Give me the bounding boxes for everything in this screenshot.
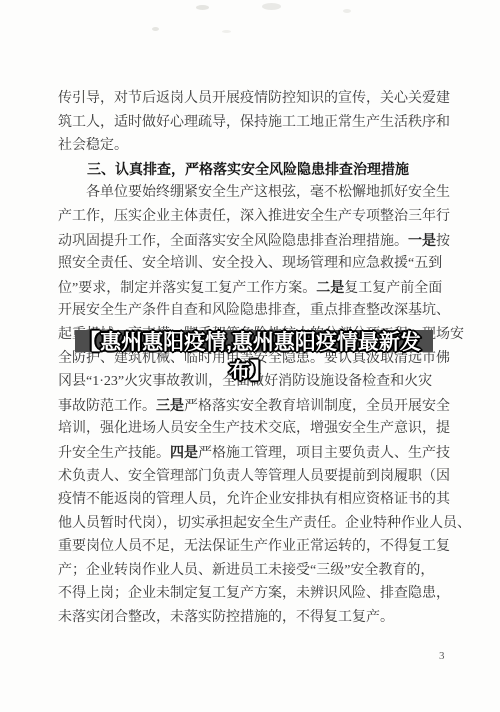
watermark-title: 【惠州惠阳疫情,惠州惠阳疫情最新发布】 xyxy=(70,328,430,386)
text-line: 疫情不能返岗的管理人员，允许企业安排执有相应资格证书的其 xyxy=(58,488,458,512)
document-page: 传引导，对节后返岗人员开展疫情防控知识的宣传，关心关爱建筑工人，适时做好心理疏导… xyxy=(0,0,500,712)
text-line: 升安全生产技能。四是严格施工管理，项目主要负责人、生产技 xyxy=(58,441,458,465)
text-line: 社会稳定。 xyxy=(58,134,458,158)
text-line: 重要岗位人员不足，无法保证生产作业正常运转的，不得复工复 xyxy=(58,535,458,559)
text-line: 产工作，压实企业主体责任，深入推进安全生产专项整治三年行 xyxy=(58,205,458,229)
text-run: 事故防范工作。 xyxy=(58,399,156,414)
text-line: 他人员暂时代岗），切实承担起安全生产责任。企业特种作业人员、 xyxy=(58,512,458,536)
text-line: 事故防范工作。三是严格落实安全教育培训制度，全员开展安全 xyxy=(58,394,458,418)
text-line: 培训，强化进场人员安全生产技术交底，增强安全生产意识，提 xyxy=(58,417,458,441)
scan-artifact xyxy=(343,9,351,13)
text-run: 升安全生产技能。 xyxy=(58,446,170,461)
bold-run: 一是 xyxy=(408,232,436,248)
page-number: 3 xyxy=(439,650,445,662)
text-line: 开展安全生产条件自查和风险隐患排查，重点排查整改深基坑、 xyxy=(58,299,458,323)
text-run: 复工复产前全面 xyxy=(344,281,442,296)
text-line: 照安全责任、安全培训、安全投入、现场管理和应急救援“五到 xyxy=(58,252,458,276)
text-line: 传引导，对节后返岗人员开展疫情防控知识的宣传，关心关爱建 xyxy=(58,87,458,111)
bold-run: 三是 xyxy=(156,397,184,413)
text-line: 各单位要始终绷紧安全生产这根弦，毫不松懈地抓好安全生 xyxy=(58,181,458,205)
text-line: 动巩固提升工作，全面落实安全风险隐患排查治理措施。一是按 xyxy=(58,229,458,253)
bold-run: 二是 xyxy=(316,279,344,295)
text-line: 未落实闭合整改，未落实防控措施的，不得复工复产。 xyxy=(58,606,458,630)
scan-artifact xyxy=(262,3,281,10)
bold-run: 四是 xyxy=(170,444,198,460)
text-line: 术负责人、安全管理部门负责人等管理人员要提前到岗履职（因 xyxy=(58,465,458,489)
text-run: 严格落实安全教育培训制度，全员开展安全 xyxy=(184,399,450,414)
scan-artifact xyxy=(196,5,209,10)
scan-artifact xyxy=(222,30,231,33)
section-heading: 三、认真排查，严格落实安全风险隐患排查治理措施 xyxy=(58,158,458,182)
text-run: 位”要求，制定并落实复工复产工作方案。 xyxy=(58,281,316,296)
text-run: 动巩固提升工作，全面落实安全风险隐患排查治理措施。 xyxy=(58,234,408,249)
text-line: 不得上岗；企业未制定复工复产方案，未辨识风险、排查隐患， xyxy=(58,582,458,606)
text-line: 产；企业转岗作业人员、新进员工未接受“三级”安全教育的， xyxy=(58,559,458,583)
text-line: 筑工人，适时做好心理疏导，保持施工工地正常生产生活秩序和 xyxy=(58,111,458,135)
scan-artifact xyxy=(152,27,159,31)
text-run: 严格施工管理，项目主要负责人、生产技 xyxy=(198,446,450,461)
text-line: 位”要求，制定并落实复工复产工作方案。二是复工复产前全面 xyxy=(58,276,458,300)
text-run: 按 xyxy=(436,234,450,249)
